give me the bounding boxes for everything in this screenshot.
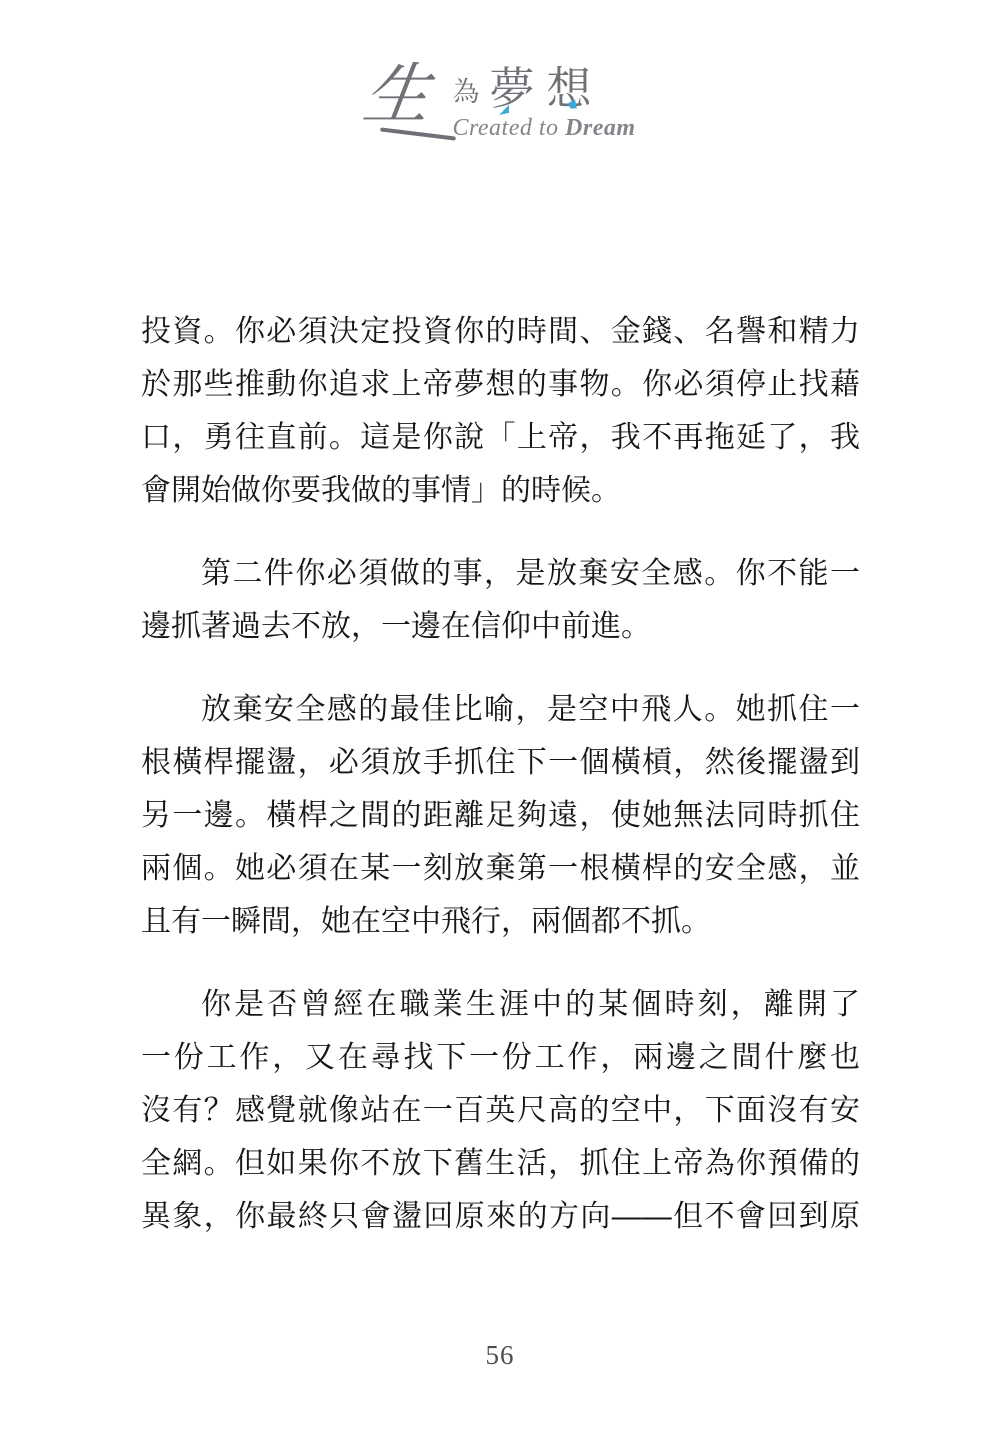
text-line: 邊抓著過去不放，一邊在信仰中前進。 [141, 600, 860, 653]
text-line: 你是否曾經在職業生涯中的某個時刻，離開了 [141, 978, 860, 1031]
text-line: 異象，你最終只會盪回原來的方向——但不會回到原 [141, 1190, 860, 1243]
page-body: 投資。你必須決定投資你的時間、金錢、名譽和精力於那些推動你追求上帝夢想的事物。你… [141, 305, 860, 1243]
text-line: 兩個。她必須在某一刻放棄第一根橫桿的安全感，並 [141, 842, 860, 895]
page-number: 56 [0, 1340, 1000, 1371]
text-line: 口，勇往直前。這是你說「上帝，我不再拖延了，我 [141, 411, 860, 464]
text-line: 一份工作，又在尋找下一份工作，兩邊之間什麼也 [141, 1031, 860, 1084]
text-line: 投資。你必須決定投資你的時間、金錢、名譽和精力 [141, 305, 860, 358]
text-line: 根橫桿擺盪，必須放手抓住下一個橫槓，然後擺盪到 [141, 736, 860, 789]
text-line: 於那些推動你追求上帝夢想的事物。你必須停止找藉 [141, 358, 860, 411]
text-line: 且有一瞬間，她在空中飛行，兩個都不抓。 [141, 895, 860, 948]
logo-subtitle-regular: Created to [452, 115, 565, 141]
logo-subtitle: Created to Dream [452, 115, 635, 142]
text-line: 沒有？感覺就像站在一百英尺高的空中，下面沒有安 [141, 1084, 860, 1137]
logo-subtitle-bold: Dream [565, 115, 636, 141]
logo-char-meng: 夢 [489, 66, 536, 111]
book-page: 生 為 夢 想 Created to Dream 投資。你必須決定投資你的時間、… [0, 0, 1000, 1438]
paragraph: 投資。你必須決定投資你的時間、金錢、名譽和精力於那些推動你追求上帝夢想的事物。你… [141, 305, 860, 517]
text-line: 另一邊。橫桿之間的距離足夠遠，使她無法同時抓住 [141, 789, 860, 842]
text-line: 第二件你必須做的事，是放棄安全感。你不能一 [141, 547, 860, 600]
text-line: 全網。但如果你不放下舊生活，抓住上帝為你預備的 [141, 1137, 860, 1190]
text-line: 放棄安全感的最佳比喻，是空中飛人。她抓住一 [141, 683, 860, 736]
paragraph: 放棄安全感的最佳比喻，是空中飛人。她抓住一根橫桿擺盪，必須放手抓住下一個橫槓，然… [141, 683, 860, 948]
logo-sheng-calligraphy: 生 [364, 66, 442, 142]
logo-title: 為 夢 想 [452, 66, 635, 111]
publisher-logo: 生 為 夢 想 Created to Dream [0, 66, 1000, 142]
logo-text-block: 為 夢 想 Created to Dream [452, 66, 635, 142]
logo-char-wei: 為 [452, 79, 479, 111]
paragraph: 第二件你必須做的事，是放棄安全感。你不能一邊抓著過去不放，一邊在信仰中前進。 [141, 547, 860, 653]
text-line: 會開始做你要我做的事情」的時候。 [141, 464, 860, 517]
paragraph: 你是否曾經在職業生涯中的某個時刻，離開了一份工作，又在尋找下一份工作，兩邊之間什… [141, 978, 860, 1243]
logo-sheng-glyph: 生 [360, 62, 435, 128]
